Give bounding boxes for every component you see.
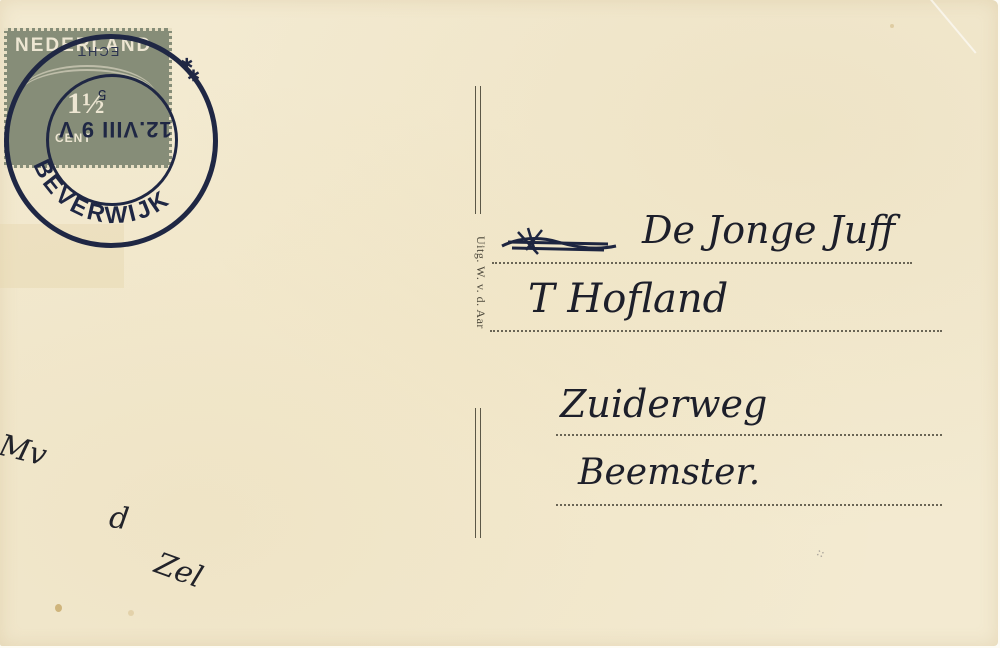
address-line-4 — [556, 504, 942, 506]
foxing-spot — [128, 610, 134, 616]
paper-crease — [930, 0, 977, 54]
center-divider-top — [475, 86, 481, 214]
ink-smudge: ⁘ — [813, 541, 848, 583]
sender-line-2: d — [107, 500, 131, 537]
foxing-spot — [890, 24, 894, 28]
publisher-credit: Uitg. W. v. d. Aar — [473, 236, 488, 329]
address-line-2 — [490, 330, 942, 332]
address-line-1-text: De Jonge Juff — [642, 208, 895, 252]
address-line-2-text: T Hofland — [528, 276, 728, 322]
postmark-town: BEVERWIJK — [0, 0, 230, 260]
svg-text:BEVERWIJK: BEVERWIJK — [27, 155, 175, 229]
center-divider-bottom — [475, 408, 481, 538]
foxing-spot — [55, 604, 62, 612]
crossed-out-salutation — [498, 224, 620, 256]
address-line-3-text: Zuiderweg — [560, 382, 767, 426]
address-line-1 — [492, 262, 912, 264]
address-line-4-text: Beemster. — [578, 452, 760, 493]
sender-line-1: Mv — [0, 428, 50, 473]
postcard-back: NEDERLAND 1½ CENT ECHT 5 12.VIII 9 V ✱✱ … — [0, 0, 998, 646]
address-line-3 — [556, 434, 942, 436]
sender-line-3: Zel — [150, 546, 207, 595]
